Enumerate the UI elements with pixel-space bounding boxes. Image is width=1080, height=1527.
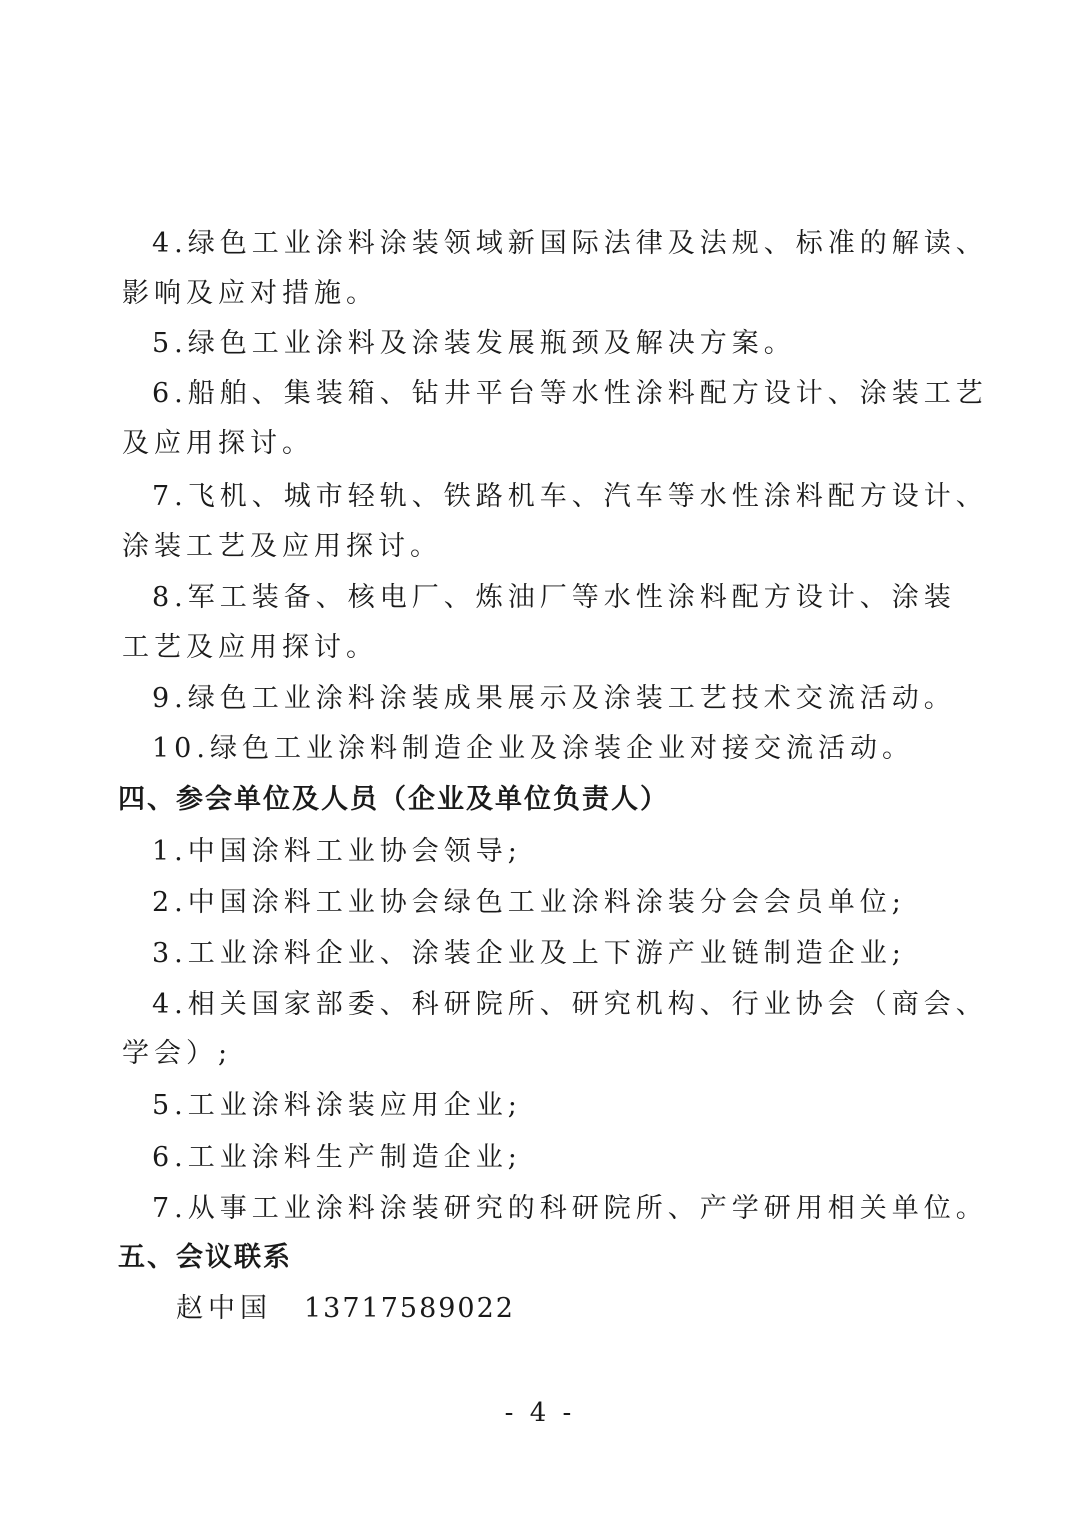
attendee-item-6: 6.工业涂料生产制造企业; bbox=[152, 1140, 522, 1176]
topic-9: 9.绿色工业涂料涂装成果展示及涂装工艺技术交流活动。 bbox=[152, 681, 956, 717]
topic-4-line1: 4.绿色工业涂料涂装领域新国际法律及法规、标准的解读、 bbox=[152, 226, 988, 262]
contact-phone: 13717589022 bbox=[304, 1293, 515, 1324]
attendee-item-3: 3.工业涂料企业、涂装企业及上下游产业链制造企业; bbox=[152, 936, 906, 972]
section-4-heading: 四、参会单位及人员（企业及单位负责人） bbox=[118, 782, 669, 818]
attendee-item-5: 5.工业涂料涂装应用企业; bbox=[152, 1088, 522, 1124]
attendee-item-4-line2: 学会）; bbox=[122, 1036, 232, 1072]
topic-7-line1: 7.飞机、城市轻轨、铁路机车、汽车等水性涂料配方设计、 bbox=[152, 479, 988, 515]
contact-line: 赵中国13717589022 bbox=[176, 1291, 515, 1327]
attendee-item-4-line1: 4.相关国家部委、科研院所、研究机构、行业协会（商会、 bbox=[152, 987, 988, 1023]
attendee-item-2: 2.中国涂料工业协会绿色工业涂料涂装分会会员单位; bbox=[152, 885, 906, 921]
topic-8-line2: 工艺及应用探讨。 bbox=[122, 630, 378, 666]
topic-5: 5.绿色工业涂料及涂装发展瓶颈及解决方案。 bbox=[152, 326, 796, 362]
topic-7-line2: 涂装工艺及应用探讨。 bbox=[122, 529, 442, 565]
attendee-item-1: 1.中国涂料工业协会领导; bbox=[152, 834, 522, 870]
attendee-item-7: 7.从事工业涂料涂装研究的科研院所、产学研用相关单位。 bbox=[152, 1191, 988, 1227]
topic-6-line2: 及应用探讨。 bbox=[122, 426, 314, 462]
topic-6-line1: 6.船舶、集装箱、钻井平台等水性涂料配方设计、涂装工艺 bbox=[152, 376, 988, 412]
topic-8-line1: 8.军工装备、核电厂、炼油厂等水性涂料配方设计、涂装 bbox=[152, 580, 956, 616]
section-5-heading: 五、会议联系 bbox=[118, 1240, 292, 1276]
page-number: - 4 - bbox=[0, 1398, 1080, 1428]
topic-10: 10.绿色工业涂料制造企业及涂装企业对接交流活动。 bbox=[152, 731, 914, 767]
topic-4-line2: 影响及应对措施。 bbox=[122, 276, 378, 312]
contact-name: 赵中国 bbox=[176, 1293, 272, 1324]
